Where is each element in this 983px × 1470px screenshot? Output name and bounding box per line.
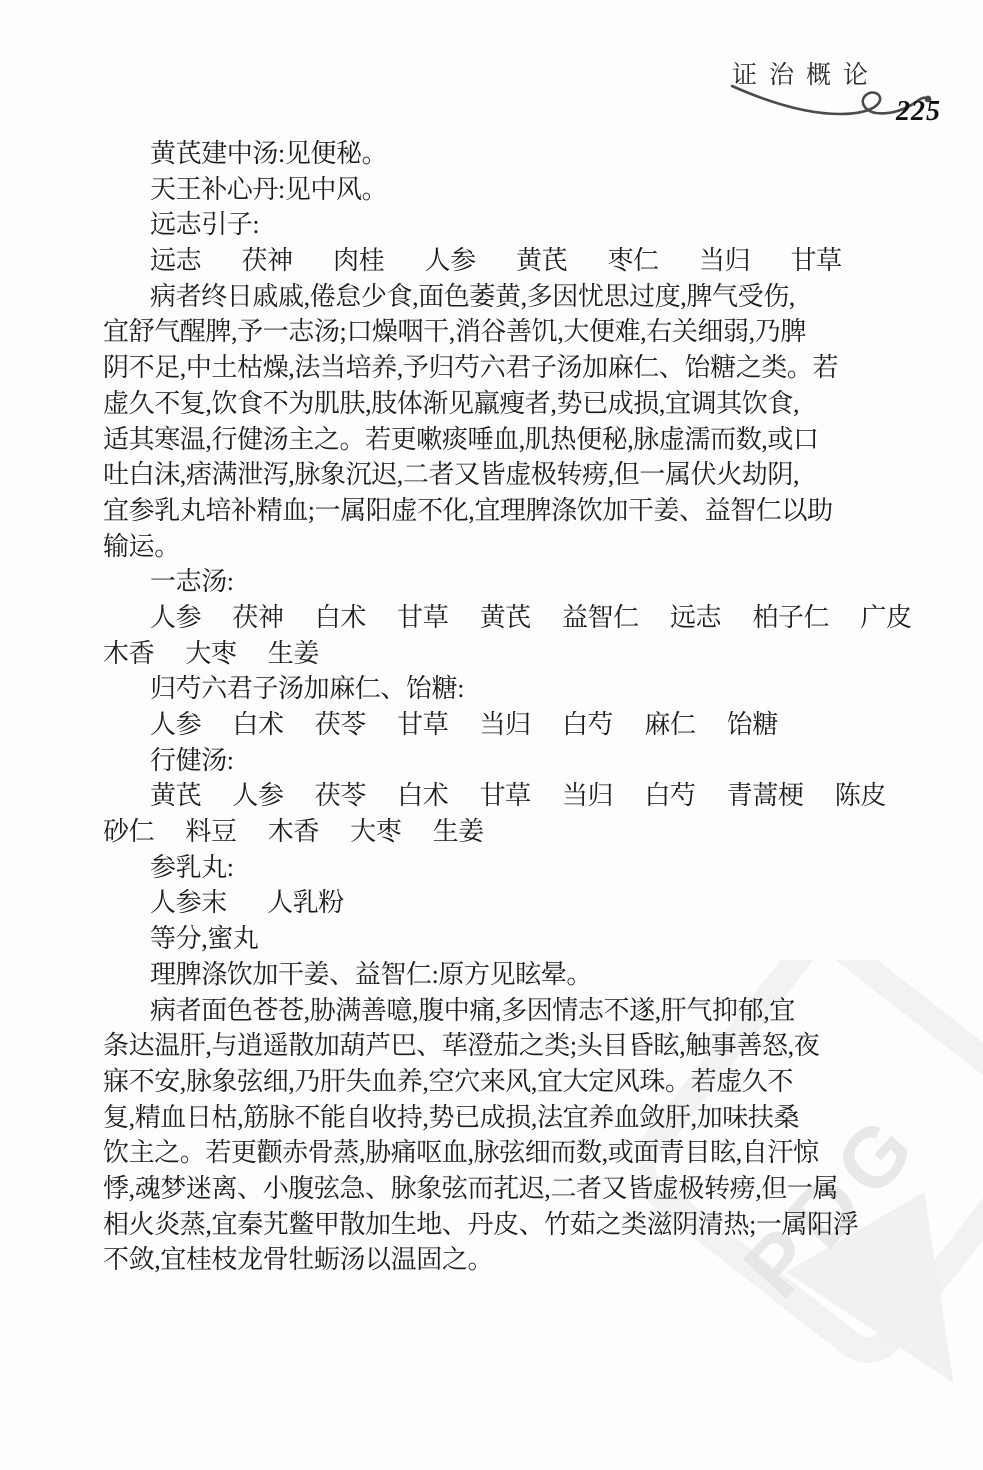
- ingredient: 茯苓: [315, 710, 366, 739]
- book-page: PDG 证治概论 225 黄芪建中汤:见便秘。天王补心丹:见中风。远志引子:远志…: [0, 0, 983, 1470]
- text-line: 病者终日戚戚,倦怠少食,面色萎黄,多因忧思过度,脾气受伤,: [103, 279, 888, 315]
- ingredient: 大枣: [350, 817, 401, 846]
- ingredient: 远志: [150, 246, 201, 275]
- ingredient: 黄芪: [516, 246, 567, 275]
- text-line: 黄芪建中汤:见便秘。: [103, 136, 888, 172]
- ingredient: 白术: [232, 710, 283, 739]
- formula-line: 人参白术茯苓甘草当归白芍麻仁饴糖: [103, 707, 888, 743]
- ingredient: 青蒿梗: [727, 781, 804, 810]
- ingredient: 人参: [232, 781, 283, 810]
- text-line: 宜舒气醒脾,予一志汤;口燥咽干,消谷善饥,大便难,右关细弱,乃脾: [103, 314, 888, 350]
- ingredient: 木香: [268, 817, 319, 846]
- text-line: 饮主之。若更颧赤骨蒸,胁痛呕血,脉弦细而数,或面青目眩,自汗惊: [103, 1135, 888, 1171]
- formula-line: 黄芪人参茯苓白术甘草当归白芍青蒿梗陈皮: [103, 778, 888, 814]
- text-line: 理脾涤饮加干姜、益智仁:原方见眩晕。: [103, 957, 888, 993]
- ingredient: 砂仁: [103, 817, 154, 846]
- ingredient: 枣仁: [608, 246, 659, 275]
- formula-line: 远志茯神肉桂人参黄芪枣仁当归甘草: [103, 243, 888, 279]
- ingredient: 生姜: [268, 639, 319, 668]
- text-line: 条达温肝,与逍遥散加葫芦巴、荜澄茄之类;头目昏眩,触事善怒,夜: [103, 1028, 888, 1064]
- ingredient: 甘草: [791, 246, 842, 275]
- text-line: 输运。: [103, 529, 888, 565]
- ingredient: 益智仁: [562, 603, 639, 632]
- ingredient: 白术: [397, 781, 448, 810]
- text-line: 不敛,宜桂枝龙骨牡蛎汤以温固之。: [103, 1242, 888, 1278]
- text-block: 黄芪建中汤:见便秘。天王补心丹:见中风。远志引子:远志茯神肉桂人参黄芪枣仁当归甘…: [103, 136, 888, 1278]
- ingredient: 广皮: [860, 603, 911, 632]
- text-line: 寐不安,脉象弦细,乃肝失血养,空穴来风,宜大定风珠。若虚久不: [103, 1064, 888, 1100]
- formula-line: 人参末人乳粉: [103, 885, 888, 921]
- text-line: 阴不足,中土枯燥,法当培养,予归芍六君子汤加麻仁、饴糖之类。若: [103, 350, 888, 386]
- text-line: 宜参乳丸培补精血;一属阳虚不化,宜理脾涤饮加干姜、益智仁以助: [103, 493, 888, 529]
- page-number: 225: [896, 96, 941, 128]
- text-line: 参乳丸:: [103, 850, 888, 886]
- ingredient: 柏子仁: [752, 603, 829, 632]
- text-line: 复,精血日枯,筋脉不能自收持,势已成损,法宜养血敛肝,加味扶桑: [103, 1100, 888, 1136]
- ingredient: 黄芪: [480, 603, 531, 632]
- formula-line: 砂仁料豆木香大枣生姜: [103, 814, 888, 850]
- ingredient: 当归: [562, 781, 613, 810]
- ingredient: 甘草: [480, 781, 531, 810]
- ingredient: 茯神: [242, 246, 293, 275]
- ingredient: 肉桂: [333, 246, 384, 275]
- ingredient: 麻仁: [644, 710, 695, 739]
- text-line: 病者面色苍苍,胁满善噫,腹中痛,多因情志不遂,肝气抑郁,宜: [103, 993, 888, 1029]
- ingredient: 大枣: [185, 639, 236, 668]
- ingredient: 白芍: [562, 710, 613, 739]
- ingredient: 人参: [150, 603, 201, 632]
- text-line: 归芍六君子汤加麻仁、饴糖:: [103, 671, 888, 707]
- text-line: 远志引子:: [103, 207, 888, 243]
- ingredient: 远志: [670, 603, 721, 632]
- ingredient: 人参末: [150, 888, 227, 917]
- ingredient: 白术: [315, 603, 366, 632]
- formula-line: 人参茯神白术甘草黄芪益智仁远志柏子仁广皮: [103, 600, 888, 636]
- ingredient: 甘草: [397, 603, 448, 632]
- ingredient: 白芍: [644, 781, 695, 810]
- ingredient: 甘草: [397, 710, 448, 739]
- text-line: 相火炎蒸,宜秦艽鳖甲散加生地、丹皮、竹茹之类滋阴清热;一属阳浮: [103, 1207, 888, 1243]
- ingredient: 饴糖: [727, 710, 778, 739]
- ingredient: 人乳粉: [267, 888, 344, 917]
- ingredient: 料豆: [185, 817, 236, 846]
- ingredient: 茯神: [232, 603, 283, 632]
- ingredient: 当归: [699, 246, 750, 275]
- ingredient: 生姜: [433, 817, 484, 846]
- ingredient: 人参: [425, 246, 476, 275]
- text-line: 天王补心丹:见中风。: [103, 172, 888, 208]
- ingredient: 黄芪: [150, 781, 201, 810]
- ingredient: 陈皮: [835, 781, 886, 810]
- text-line: 适其寒温,行健汤主之。若更嗽痰唾血,肌热便秘,脉虚濡而数,或口: [103, 422, 888, 458]
- text-line: 一志汤:: [103, 564, 888, 600]
- text-line: 虚久不复,饮食不为肌肤,肢体渐见羸瘦者,势已成损,宜调其饮食,: [103, 386, 888, 422]
- text-line: 行健汤:: [103, 743, 888, 779]
- ingredient: 茯苓: [315, 781, 366, 810]
- text-line: 吐白沫,痞满泄泻,脉象沉迟,二者又皆虚极转痨,但一属伏火劫阴,: [103, 457, 888, 493]
- ingredient: 当归: [480, 710, 531, 739]
- ingredient: 人参: [150, 710, 201, 739]
- text-line: 悸,魂梦迷离、小腹弦急、脉象弦而芤迟,二者又皆虚极转痨,但一属: [103, 1171, 888, 1207]
- formula-line: 木香大枣生姜: [103, 636, 888, 672]
- ingredient: 木香: [103, 639, 154, 668]
- text-line: 等分,蜜丸: [103, 921, 888, 957]
